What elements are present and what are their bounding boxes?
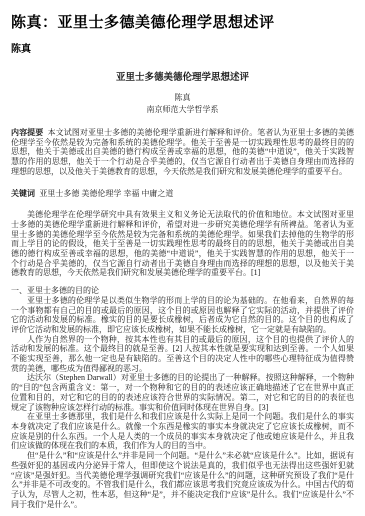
article-affiliation: 南京师范大学哲学系 — [11, 104, 354, 115]
abstract-block: 内容提要本文试图对亚里士多德的美德伦理学重新进行解释和评价。笔者认为亚里士多德的… — [11, 128, 354, 177]
page-title: 陈真：亚里士多德美德伦理学思想述评 — [11, 14, 354, 32]
section-heading-teleology: 一、亚里士多德的目的论 — [11, 286, 354, 296]
keywords-label: 关键词 — [11, 189, 35, 198]
document-page: 陈真：亚里士多德美德伦理学思想述评 陈真 亚里士多德美德伦理学思想述评 陈真 南… — [0, 0, 365, 516]
body-paragraph-4: 在亚里士多德那里，我们是什么和我们应该是什么实际上是同一个问题。我们是什么的事实… — [11, 412, 354, 451]
article-author: 陈真 — [11, 92, 354, 103]
byline-author: 陈真 — [11, 40, 354, 55]
intro-paragraph: 美德伦理学在伦理学研究中具有效果主义和义务论无法取代的价值和地位。本文试图对亚里… — [11, 210, 354, 278]
body-paragraph-3: 达沃尔（Stephen Darwall）对亚里士多德的目的论提出了一种解释。按照… — [11, 373, 354, 412]
abstract-text: 本文试图对亚里士多德的美德伦理学重新进行解释和评价。笔者认为亚里士多德的美德伦理… — [11, 128, 354, 176]
body-paragraph-5: 但“是什么”和“应该是什么”并非是同一个问题。“是什么”未必就“应该是什么”。比… — [11, 451, 354, 509]
body-paragraph-2: 人作为自然界的一个物种，按其本性也有其目的或最后的原因，这个目的也提供了评价人的… — [11, 335, 354, 374]
keywords-text: 亚里士多德 美德伦理学 幸福 中庸之道 — [39, 189, 173, 198]
keywords-block: 关键词亚里士多德 美德伦理学 幸福 中庸之道 — [11, 189, 354, 199]
article-title: 亚里士多德美德伦理学思想述评 — [11, 69, 354, 83]
body-paragraph-1: 亚里士多德的伦理学是以类似生物学的形而上学的目的论为基础的。在他看来，自然界的每… — [11, 296, 354, 335]
abstract-label: 内容提要 — [11, 128, 43, 137]
